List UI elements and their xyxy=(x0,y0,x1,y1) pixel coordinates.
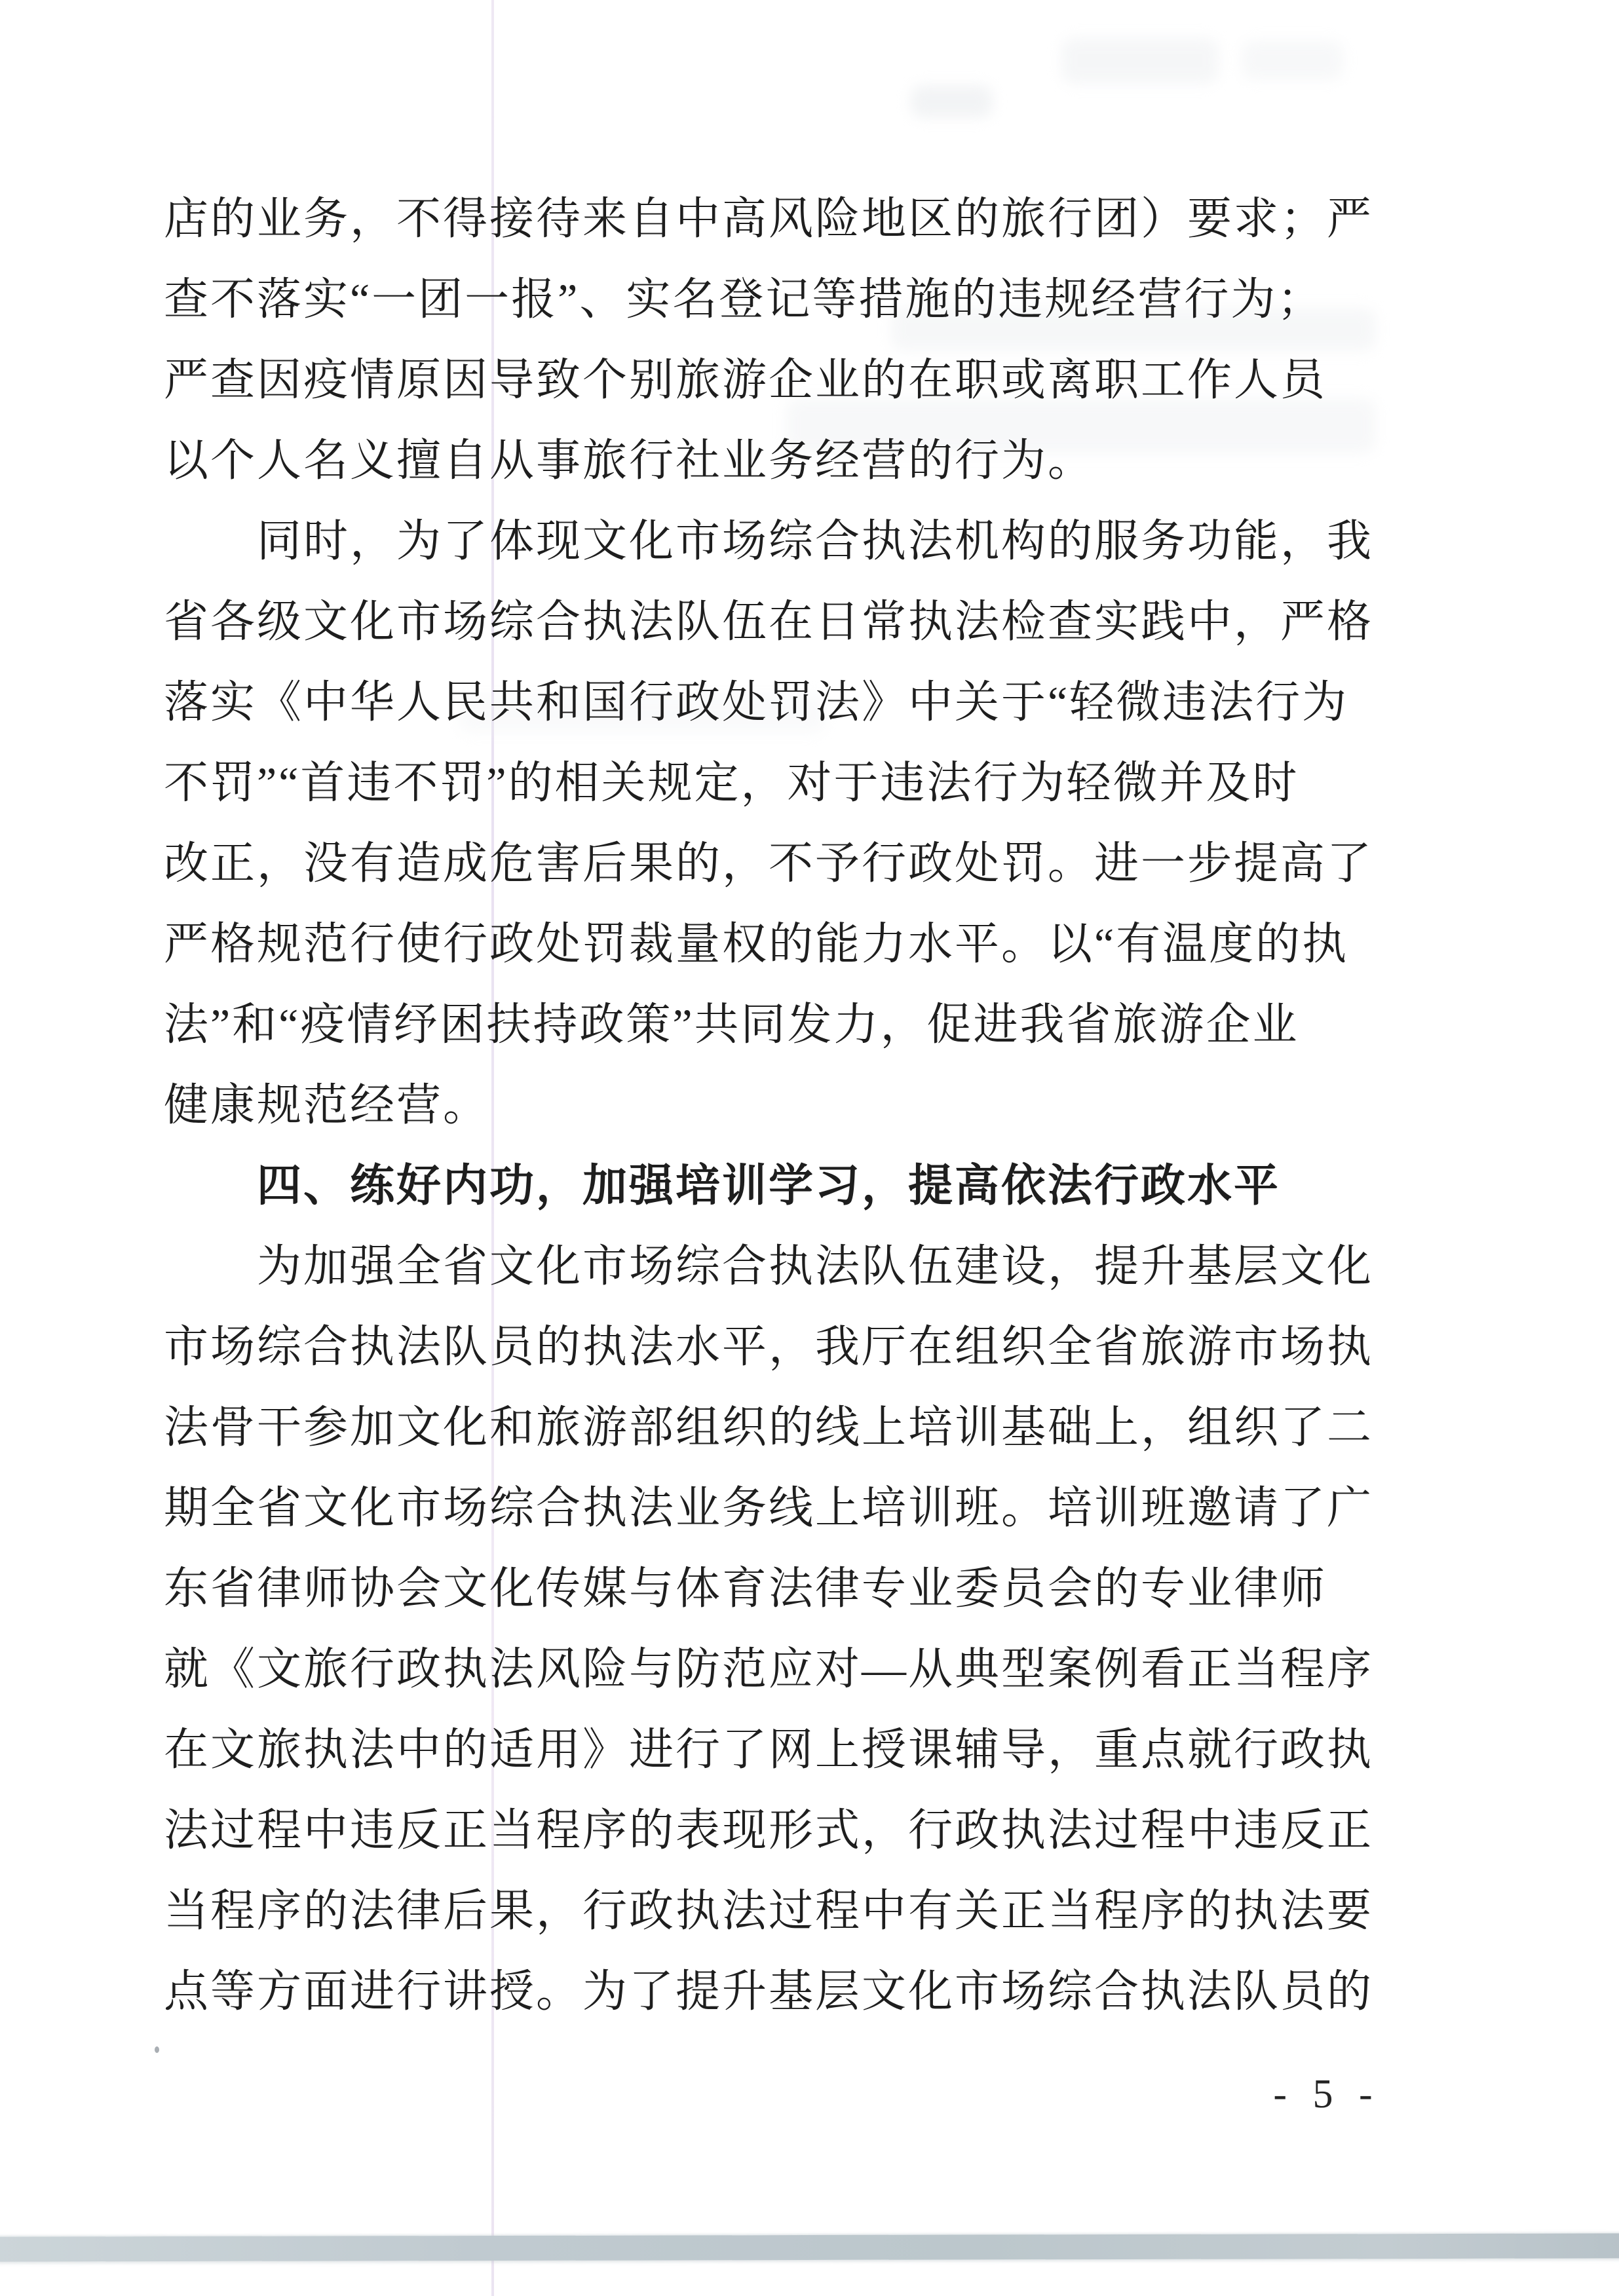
page-number: - 5 - xyxy=(1238,2071,1415,2117)
text-line: 法过程中违反正当程序的表现形式，行政执法过程中违反正 xyxy=(164,1790,1409,1871)
text-line: 店的业务，不得接待来自中高风险地区的旅行团）要求；严 xyxy=(164,179,1409,259)
text-line: 在文旅执法中的适用》进行了网上授课辅导，重点就行政执 xyxy=(164,1710,1409,1790)
text-line: 市场综合执法队员的执法水平，我厅在组织全省旅游市场执 xyxy=(164,1307,1409,1387)
text-lines: 店的业务，不得接待来自中高风险地区的旅行团）要求；严查不落实“一团一报”、实名登… xyxy=(164,179,1409,2032)
section-heading: 四、练好内功，加强培训学习，提高依法行政水平 xyxy=(164,1146,1409,1226)
text-line: 就《文旅行政执法风险与防范应对—从典型案例看正当程序 xyxy=(164,1629,1409,1710)
text-line: 不罚”“首违不罚”的相关规定，对于违法行为轻微并及时 xyxy=(164,743,1409,823)
text-line: 省各级文化市场综合执法队伍在日常执法检查实践中，严格 xyxy=(164,582,1409,662)
text-line: 法骨干参加文化和旅游部组织的线上培训基础上，组织了二 xyxy=(164,1387,1409,1468)
text-line: 当程序的法律后果，行政执法过程中有关正当程序的执法要 xyxy=(164,1871,1409,1951)
scan-smudge xyxy=(1242,41,1343,80)
text-line: 查不落实“一团一报”、实名登记等措施的违规经营行为； xyxy=(164,259,1409,340)
text-line: 东省律师协会文化传媒与体育法律专业委员会的专业律师 xyxy=(164,1549,1409,1629)
text-line: 点等方面进行讲授。为了提升基层文化市场综合执法队员的 xyxy=(164,1951,1409,2032)
text-line: 法”和“疫情纾困扶持政策”共同发力，促进我省旅游企业 xyxy=(164,985,1409,1065)
document-page: 店的业务，不得接待来自中高风险地区的旅行团）要求；严查不落实“一团一报”、实名登… xyxy=(0,0,1619,2296)
text-line: 同时，为了体现文化市场综合执法机构的服务功能，我 xyxy=(164,501,1409,582)
scan-speck xyxy=(155,2046,159,2053)
text-line: 严格规范行使行政处罚裁量权的能力水平。以“有温度的执 xyxy=(164,904,1409,985)
text-line: 健康规范经营。 xyxy=(164,1065,1409,1146)
text-line: 以个人名义擅自从事旅行社业务经营的行为。 xyxy=(164,421,1409,501)
text-line: 期全省文化市场综合执法业务线上培训班。培训班邀请了广 xyxy=(164,1468,1409,1549)
text-line: 严查因疫情原因导致个别旅游企业的在职或离职工作人员 xyxy=(164,340,1409,421)
scan-smudge xyxy=(911,85,993,118)
scanned-page-bottom-edge xyxy=(0,2233,1619,2261)
scan-smudge xyxy=(1061,38,1219,84)
text-line: 为加强全省文化市场综合执法队伍建设，提升基层文化 xyxy=(164,1226,1409,1307)
text-line: 改正，没有造成危害后果的，不予行政处罚。进一步提高了 xyxy=(164,823,1409,904)
text-line: 落实《中华人民共和国行政处罚法》中关于“轻微违法行为 xyxy=(164,662,1409,743)
